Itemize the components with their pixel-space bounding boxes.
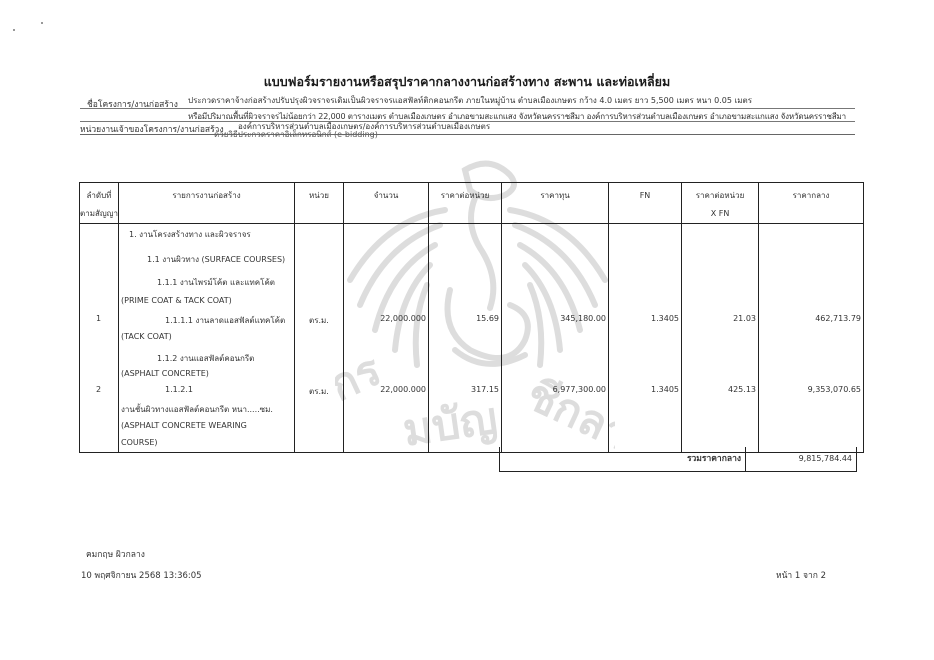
median-column: 462,713.79 9,353,070.65 <box>759 224 864 453</box>
divider <box>80 134 855 135</box>
total-label: รวมราคากลาง <box>500 447 746 471</box>
item-line: COURSE) <box>121 438 158 447</box>
item-line: (TACK COAT) <box>121 332 172 341</box>
header-qty: จำนวน <box>344 183 429 224</box>
scan-speck <box>13 29 15 31</box>
unit-cost-2: 317.15 <box>471 385 499 394</box>
divider <box>80 121 855 122</box>
price-table: ลำดับที่ ตามสัญญา รายการงานก่อสร้าง หน่ว… <box>79 182 864 453</box>
header-seq: ลำดับที่ ตามสัญญา <box>80 183 119 224</box>
document-title: แบบฟอร์มรายงานหรือสรุปราคากลางงานก่อสร้า… <box>0 72 934 92</box>
header-item: รายการงานก่อสร้าง <box>119 183 295 224</box>
cost-1: 345,180.00 <box>560 314 606 323</box>
header-unit: หน่วย <box>295 183 344 224</box>
header-unit-fn-line1: ราคาต่อหน่วย <box>682 187 758 205</box>
fn-column: 1.3405 1.3405 <box>609 224 682 453</box>
header-cost: ราคาทุน <box>502 183 609 224</box>
unit-cost-column: 15.69 317.15 <box>429 224 502 453</box>
header-fn: FN <box>609 183 682 224</box>
item-line: 1.1 งานผิวทาง (SURFACE COURSES) <box>147 253 285 266</box>
item-line: (PRIME COAT & TACK COAT) <box>121 296 232 305</box>
unit-2: ตร.ม. <box>309 385 329 398</box>
median-1: 462,713.79 <box>815 314 861 323</box>
unit-fn-1: 21.03 <box>733 314 756 323</box>
page-indicator: หน้า 1 จาก 2 <box>776 568 826 582</box>
cost-column: 345,180.00 6,977,300.00 <box>502 224 609 453</box>
header-unit-fn: ราคาต่อหน่วย X FN <box>682 183 759 224</box>
seq-1: 1 <box>96 314 101 323</box>
preparer-name: คมกฤษ ผิวกลาง <box>86 547 145 561</box>
table-header-row: ลำดับที่ ตามสัญญา รายการงานก่อสร้าง หน่ว… <box>80 183 864 224</box>
header-unit-cost: ราคาต่อหน่วย <box>429 183 502 224</box>
scan-speck <box>41 22 43 24</box>
unit-fn-2: 425.13 <box>728 385 756 394</box>
seq-2: 2 <box>96 385 101 394</box>
qty-1: 22,000.000 <box>380 314 426 323</box>
total-row: รวมราคากลาง 9,815,784.44 <box>499 447 857 472</box>
header-median: ราคากลาง <box>759 183 864 224</box>
item-line: 1.1.1 งานไพรม์โค้ต และแทคโค้ต <box>157 276 275 289</box>
total-value: 9,815,784.44 <box>799 447 852 471</box>
median-2: 9,353,070.65 <box>808 385 861 394</box>
table-body-row: 1 2 1. งานโครงสร้างทาง และผิวจราจร 1.1 ง… <box>80 224 864 453</box>
qty-column: 22,000.000 22,000.000 <box>344 224 429 453</box>
unit-cost-1: 15.69 <box>476 314 499 323</box>
divider <box>80 108 855 109</box>
item-line: (ASPHALT CONCRETE) <box>121 369 209 378</box>
seq-column: 1 2 <box>80 224 119 453</box>
item-line: 1.1.2.1 <box>165 385 193 394</box>
fn-2: 1.3405 <box>651 385 679 394</box>
item-line: 1. งานโครงสร้างทาง และผิวจราจร <box>129 228 251 241</box>
cost-2: 6,977,300.00 <box>553 385 606 394</box>
item-line: (ASPHALT CONCRETE WEARING <box>121 421 247 430</box>
qty-2: 22,000.000 <box>380 385 426 394</box>
timestamp: 10 พฤศจิกายน 2568 13:36:05 <box>81 568 202 582</box>
header-unit-fn-line2: X FN <box>682 205 758 223</box>
unit-column: ตร.ม. ตร.ม. <box>295 224 344 453</box>
item-line: 1.1.2 งานแอสฟัลต์คอนกรีต <box>157 352 254 365</box>
header-seq-line1: ลำดับที่ <box>80 187 118 205</box>
fn-1: 1.3405 <box>651 314 679 323</box>
unit-fn-column: 21.03 425.13 <box>682 224 759 453</box>
project-line-1: ประกวดราคาจ้างก่อสร้างปรับปรุงผิวจราจรเด… <box>188 94 752 107</box>
unit-1: ตร.ม. <box>309 314 329 327</box>
item-line: งานชั้นผิวทางแอสฟัลต์คอนกรีต หนา.....ซม. <box>121 403 273 416</box>
item-line: 1.1.1.1 งานลาดแอสฟัลต์แทคโค้ต <box>165 314 285 327</box>
item-column: 1. งานโครงสร้างทาง และผิวจราจร 1.1 งานผิ… <box>119 224 295 453</box>
header-seq-line2: ตามสัญญา <box>80 205 118 223</box>
